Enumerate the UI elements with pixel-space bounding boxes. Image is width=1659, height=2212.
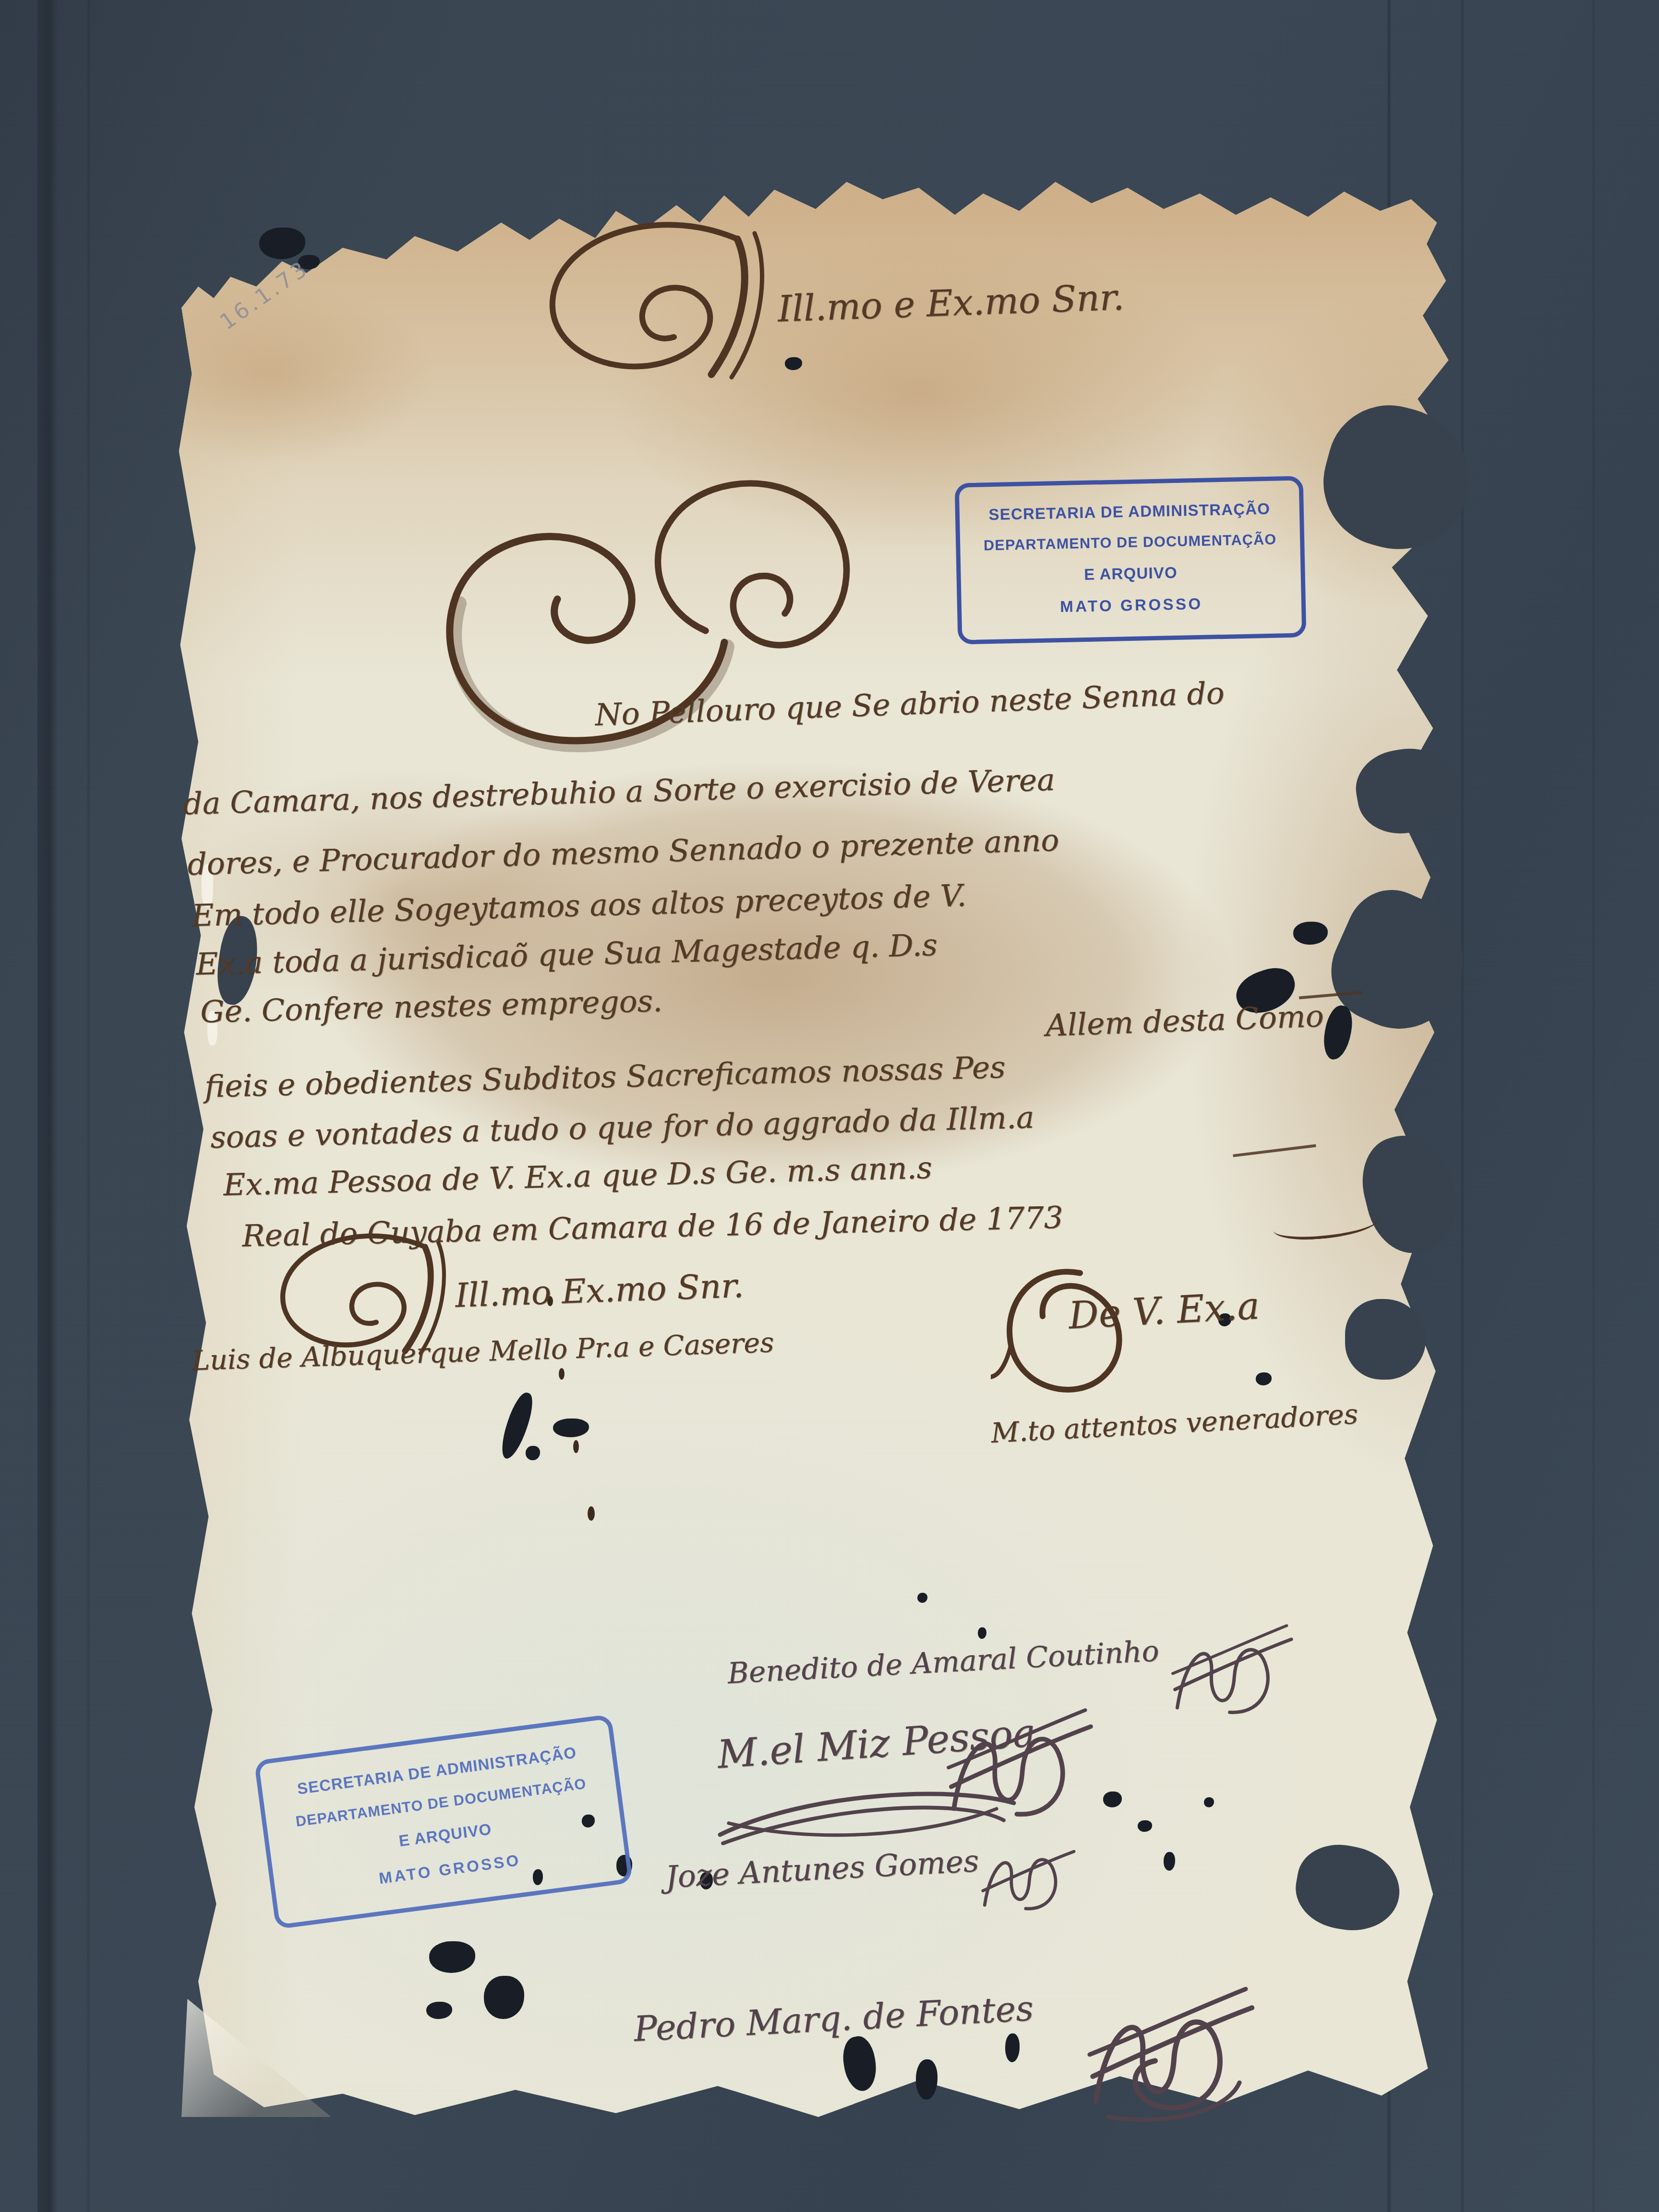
signature-rubric: [974, 1832, 1082, 1921]
stamp-line: MATO GROSSO: [378, 1853, 522, 1888]
fabric-crease: [1591, 0, 1596, 2212]
ink-blot: [259, 228, 305, 259]
ink-speck: [573, 1440, 579, 1453]
archive-stamp-top: SECRETARIA DE ADMINISTRAÇÃO DEPARTAMENTO…: [955, 476, 1307, 644]
stamp-line: SECRETARIA DE ADMINISTRAÇÃO: [988, 502, 1270, 524]
signature-rubric: [1164, 1610, 1300, 1732]
stamp-line: DEPARTAMENTO DE DOCUMENTAÇÃO: [984, 533, 1277, 555]
stamp-line: MATO GROSSO: [1060, 598, 1203, 617]
signature-rubric: [1077, 1947, 1264, 2156]
fabric-crease: [86, 0, 91, 2212]
photograph-of-archival-document: 16.1.73 Ill.mo e Ex.mo Snr. No Pellouro …: [0, 0, 1659, 2212]
ink-blot: [916, 2059, 938, 2100]
stamp-line: E ARQUIVO: [398, 1823, 493, 1852]
ink-speck: [588, 1506, 595, 1521]
fabric-crease: [1460, 0, 1465, 2212]
backing-sheet-edge: [37, 0, 58, 2212]
paper-tear: [1345, 1299, 1426, 1380]
stamp-line: E ARQUIVO: [1084, 566, 1178, 585]
ink-speck: [559, 1368, 565, 1380]
